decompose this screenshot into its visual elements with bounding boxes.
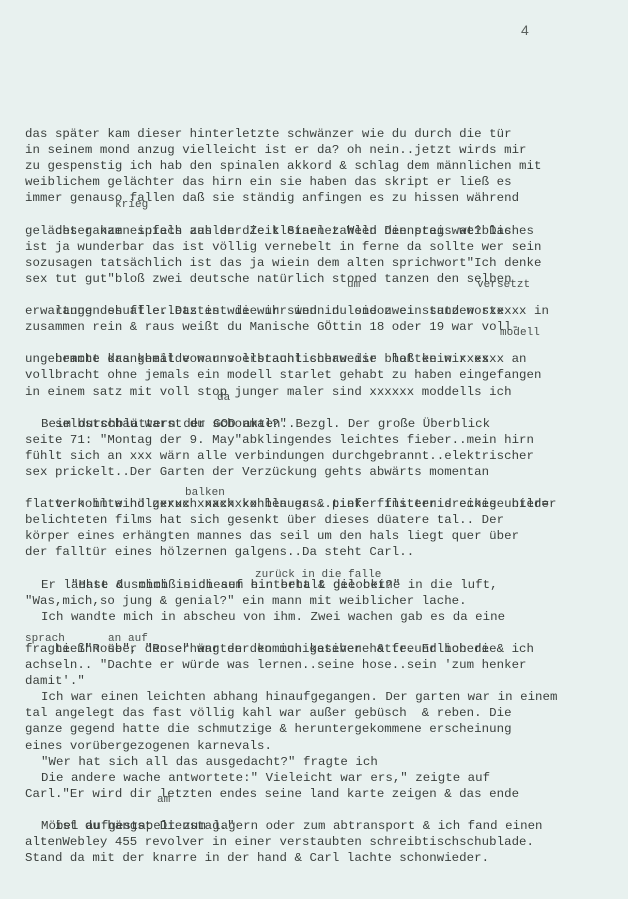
text-line: "Hast du mich in diesem hinterhalt geloc… [25,561,625,577]
text-line: zu gespenstig ich hab den spinalen akkor… [25,158,625,174]
text-line: erwartung des allerletzten wie wir sind … [25,303,625,319]
text-line: achseln.. "Dachte er würde was lernen..s… [25,657,625,673]
text-line: das später kam dieser hinterletzte schwä… [25,126,625,142]
text-line: selbstschau warst du schonmal?" da [25,400,625,416]
text-line: Stand da mit der knarre in der hand & Ca… [25,850,625,866]
text-line: weiblichem gelächter das hirn ein sie ha… [25,174,625,190]
text-line: sex prickelt..Der Garten der Verzückung … [25,464,625,480]
interlinear-insertion: um [347,280,360,291]
text-line: sex tut gut"bloß zwei deutsche natürlich… [25,271,625,287]
text-line: verkohlte hölzxxxx xxxxxxxx blauer & pin… [25,480,625,496]
text-line: ganze gegend hatte die schmutzige & heru… [25,721,625,737]
text-line: bracht das gemälde war vollbracht schau … [25,335,625,351]
text-line: des ganzen spiels zahlen die kleinen zah… [25,206,625,222]
text-line: ist ja wunderbar das ist völlig vernebel… [25,239,625,255]
text-line: altenWebley 455 revolver in einer versta… [25,834,625,850]
text-line: gelächter kam einfach aus der Zeit Starl… [25,223,625,239]
text-line: Möbel aufgestapelt zum lagern oder zum a… [25,818,625,834]
text-line: Carl."Er wird dir letzten endes seine la… [25,786,625,802]
text-line: flattern im wind geruch nach kohlen gas.… [25,496,625,512]
text-line: sozusagen tatsächlich ist das ja wiein d… [25,255,625,271]
typescript-body: das später kam dieser hinterletzte schwä… [25,126,625,866]
text-line: fragte ihn über den erhängten den ich ge… [25,641,625,657]
text-line: "Was,mich,so jung & genial?" ein mann mi… [25,593,625,609]
text-line: Ich war einen leichten abhang hinaufgega… [25,689,625,705]
text-line: tal angelegt das fast völlig kahl war au… [25,705,625,721]
text-line: Er lachte & schmiß sich auf ein bett & d… [25,577,625,593]
text-line: belichteten films hat sich gesenkt über … [25,512,625,528]
text-line: "Wer hat sich all das ausgedacht?" fragt… [25,754,625,770]
text-line: in seinem mond anzug vielleicht ist er d… [25,142,625,158]
interlinear-insertion: am [157,795,170,806]
text-line: Ich wandte mich in abscheu von ihm. Zwei… [25,609,625,625]
interlinear-insertion: modell [500,328,540,339]
text-line: hieß"Rose", "Rose" war der kommunikative… [25,625,625,641]
interlinear-insertion: krieg [115,200,148,211]
text-line: Beim durchblättern der GOD akten..Bezgl.… [25,416,625,432]
interlinear-insertion: da [217,393,230,404]
text-line: langen shuffle..Das ist die uhr wenn du … [25,287,625,303]
text-line: ist du hängst Dienstag." am [25,802,625,818]
interlinear-insertion: versetzt [477,280,530,291]
text-line: der falltür eines hölzernen galgens..Da … [25,544,625,560]
text-line: damit'." [25,673,625,689]
text-line: vollbracht ohne jemals ein modell starle… [25,367,625,383]
text-line: in einem satz mit voll stop junger maler… [25,384,625,400]
text-line: fühlt sich an xxx wärn alle verbindungen… [25,448,625,464]
text-line: ungehemmte krankheit von uns erstaunlich… [25,351,625,367]
text-line: eines vorübergezogenen karnevals. [25,738,625,754]
text-line: körper eines erhängten mannes das seil u… [25,528,625,544]
page-number: 4 [521,22,529,38]
text-line: Die andere wache antwortete:" Vieleicht … [25,770,625,786]
text-line: seite 71: "Montag der 9. May"abklingende… [25,432,625,448]
